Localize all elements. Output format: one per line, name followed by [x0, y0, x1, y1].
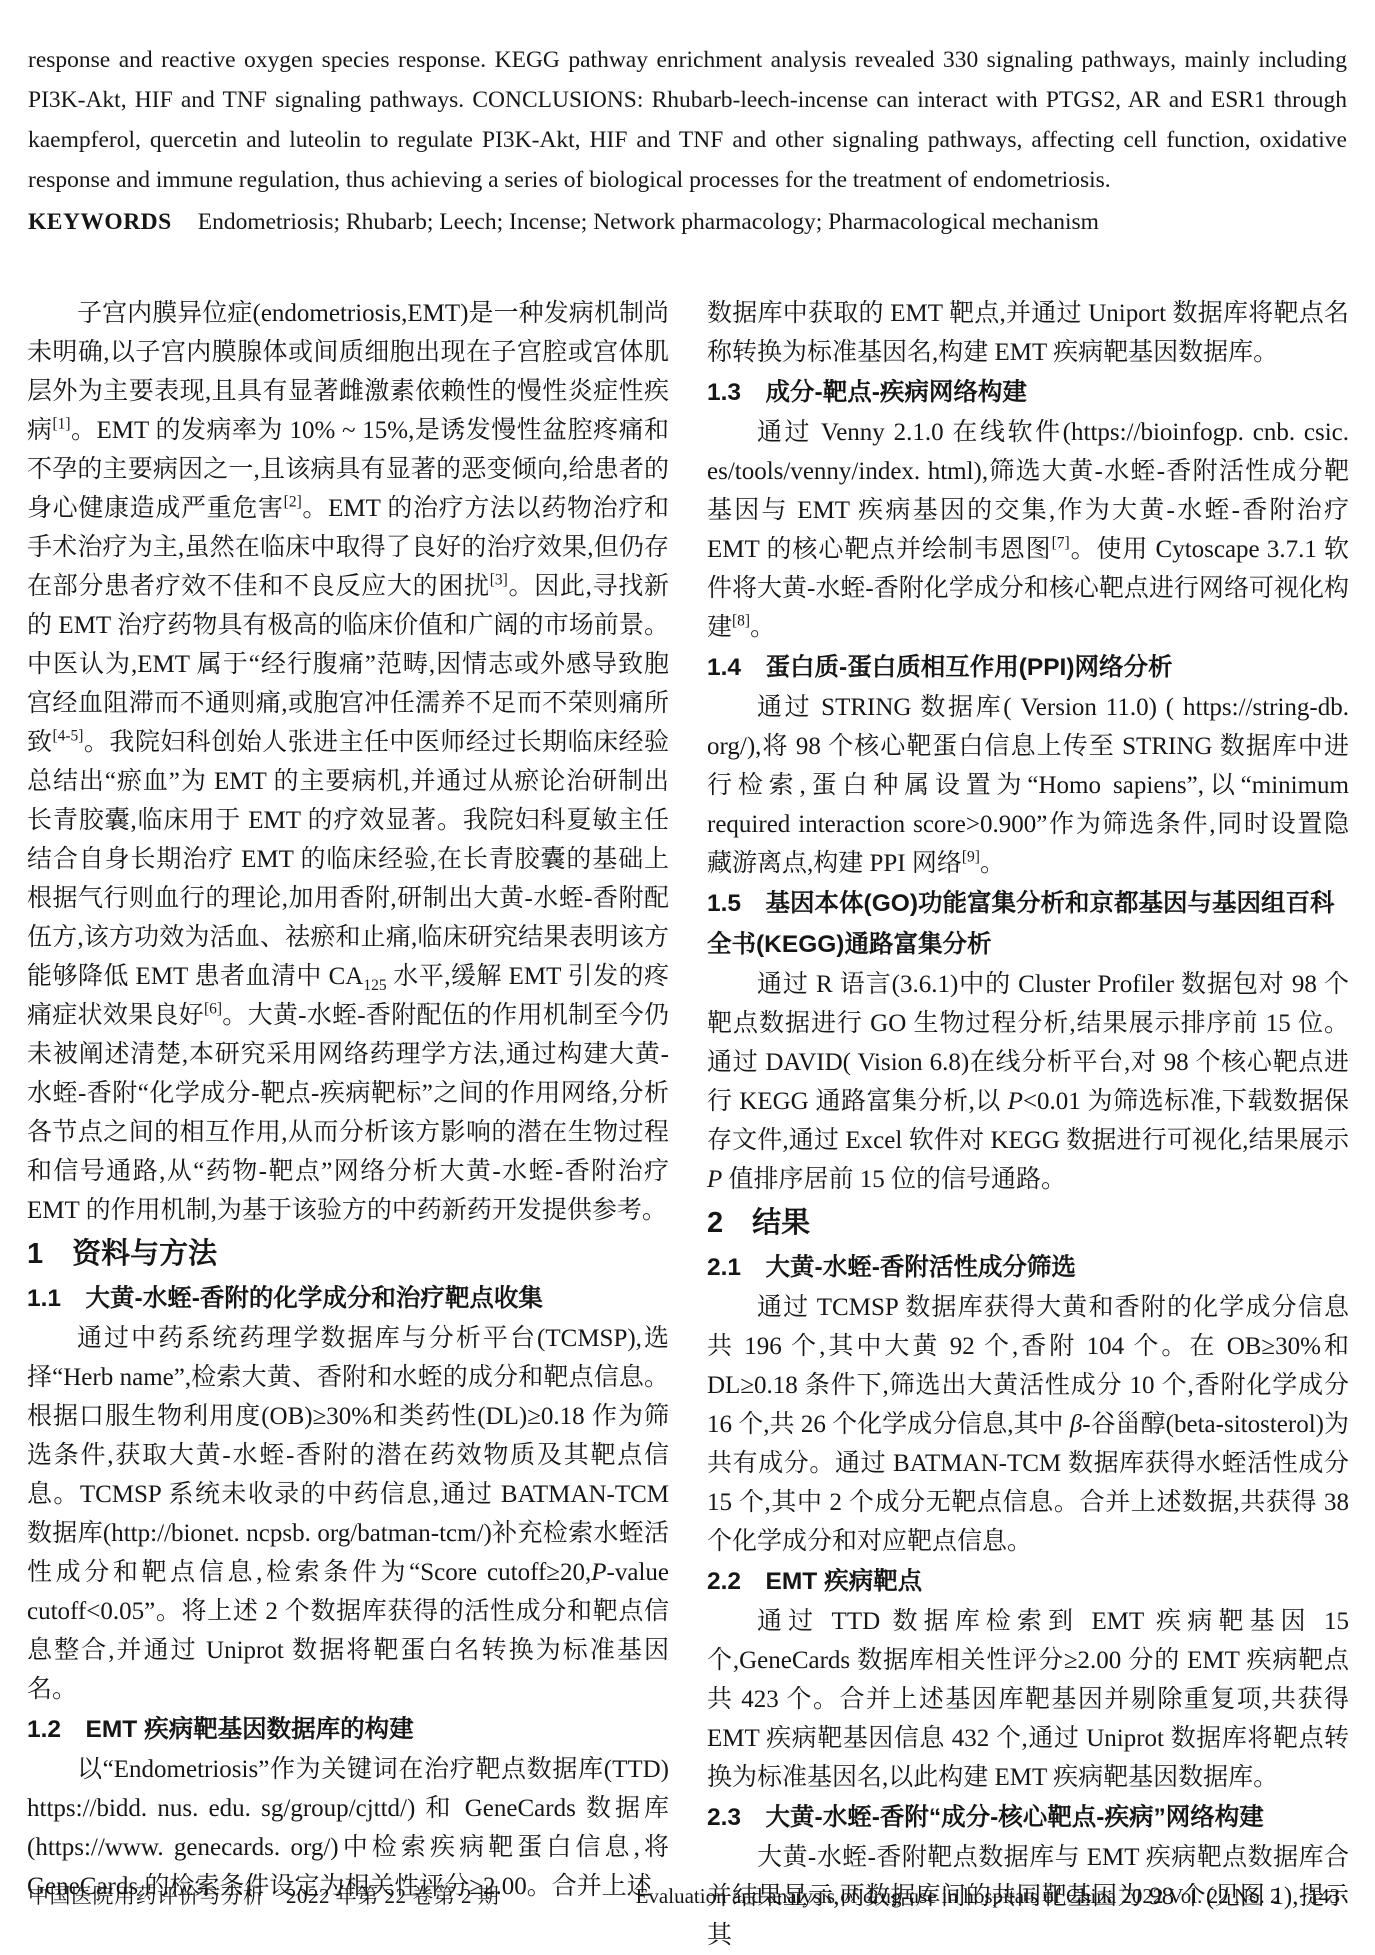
journal-page: response and reactive oxygen species res…: [0, 0, 1375, 1940]
right-section-heading: 1.5 基因本体(GO)功能富集分析和京都基因与基因组百科全书(KEGG)通路富…: [707, 883, 1349, 965]
right-paragraph: 通过 TTD 数据库检索到 EMT 疾病靶基因 15 个,GeneCards 数…: [707, 1602, 1349, 1797]
footer-journal-name-en-page-number: Evaluation and analysis of drug-use in h…: [636, 1882, 1347, 1910]
left-paragraph: 通过中药系统药理学数据库与分析平台(TCMSP),选择“Herb name”,检…: [27, 1319, 669, 1709]
right-section-heading: 2.3 大黄-水蛭-香附“成分-核心靶点-疾病”网络构建: [707, 1797, 1349, 1838]
right-section-heading: 2 结果: [707, 1199, 1349, 1247]
right-section-heading: 2.2 EMT 疾病靶点: [707, 1561, 1349, 1602]
keywords-label: KEYWORDS: [28, 209, 172, 235]
left-section-heading: 1 资料与方法: [27, 1230, 669, 1278]
right-column: 数据库中获取的 EMT 靶点,并通过 Uniport 数据库将靶点名称转换为标准…: [707, 294, 1349, 1955]
right-paragraph: 数据库中获取的 EMT 靶点,并通过 Uniport 数据库将靶点名称转换为标准…: [707, 294, 1349, 372]
left-section-heading: 1.1 大黄-水蛭-香附的化学成分和治疗靶点收集: [27, 1278, 669, 1319]
left-column: 子宫内膜异位症(endometriosis,EMT)是一种发病机制尚未明确,以子…: [27, 294, 669, 1955]
keywords-text: Endometriosis; Rhubarb; Leech; Incense; …: [198, 209, 1099, 235]
page-footer: 中国医院用药评价与分析 2022 年第 22 卷第 2 期 Evaluation…: [28, 1882, 1347, 1910]
right-paragraph: 通过 STRING 数据库( Version 11.0) ( https://s…: [707, 688, 1349, 883]
keywords-line: KEYWORDSEndometriosis; Rhubarb; Leech; I…: [28, 202, 1347, 242]
right-paragraph: 通过 R 语言(3.6.1)中的 Cluster Profiler 数据包对 9…: [707, 965, 1349, 1199]
left-section-heading: 1.2 EMT 疾病靶基因数据库的构建: [27, 1709, 669, 1750]
right-paragraph: 通过 TCMSP 数据库获得大黄和香附的化学成分信息共 196 个,其中大黄 9…: [707, 1288, 1349, 1561]
right-section-heading: 1.4 蛋白质-蛋白质相互作用(PPI)网络分析: [707, 647, 1349, 688]
abstract-english-text: response and reactive oxygen species res…: [28, 40, 1347, 200]
footer-journal-name-cn: 中国医院用药评价与分析 2022 年第 22 卷第 2 期: [28, 1882, 499, 1910]
right-section-heading: 2.1 大黄-水蛭-香附活性成分筛选: [707, 1247, 1349, 1288]
two-column-body: 子宫内膜异位症(endometriosis,EMT)是一种发病机制尚未明确,以子…: [27, 294, 1350, 1955]
left-paragraph: 子宫内膜异位症(endometriosis,EMT)是一种发病机制尚未明确,以子…: [27, 294, 669, 1230]
right-paragraph: 通过 Venny 2.1.0 在线软件(https://bioinfogp. c…: [707, 413, 1349, 647]
right-section-heading: 1.3 成分-靶点-疾病网络构建: [707, 372, 1349, 413]
